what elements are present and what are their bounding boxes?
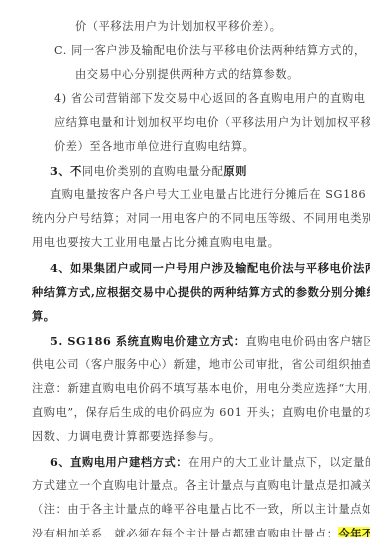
text-segment: 同电价类别的直购电量分配 bbox=[82, 165, 223, 178]
text-line: 因数、力调电费计算都要选择参与。 bbox=[32, 430, 221, 444]
text-line: 没有相加关系，就必须在每个主计量点都建直购电计量点；今年不再 bbox=[32, 527, 370, 537]
text-segment: 没有相加关系，就必须在每个主计量点都建直购电计量点； bbox=[32, 528, 338, 537]
text-segment: 注意：新建直购电电价码不填写基本电价，用电分类应选择“大用户 bbox=[32, 382, 370, 395]
text-line: 供电公司（客户服务中心）新建，地市公司审批，省公司组织抽查。 bbox=[32, 358, 370, 372]
text-segment: （注：由于各主计量点的峰平谷电量占比不一致，所以主计量点如果 bbox=[32, 503, 370, 516]
text-segment: 直购电”，保存后生成的电价码应为 601 开头；直购电价电量的功率 bbox=[32, 406, 370, 419]
section-heading-3: 3、不同电价类别的直购电量分配原则 bbox=[50, 164, 247, 179]
section-heading-4: 4、如果集团户或同一户号用户涉及输配电价法与平移电价法两 bbox=[50, 261, 370, 275]
text-line: 直购电量按客户各户号大工业电量占比进行分摊后在 SG186 系 bbox=[50, 188, 370, 202]
text-segment: 因数、力调电费计算都要选择参与。 bbox=[32, 430, 221, 443]
text-line: （注：由于各主计量点的峰平谷电量占比不一致，所以主计量点如果 bbox=[32, 503, 370, 517]
text-segment: 5. SG186 系统直购电价建立方式： bbox=[50, 334, 246, 348]
text-segment: 6、直购电用户建档方式： bbox=[50, 455, 188, 469]
text-segment: 供电公司（客户服务中心）新建，地市公司审批，省公司组织抽查。 bbox=[32, 358, 370, 371]
text-segment: 应结算电量和计划加权平均电价（平移法用户为计划加权平移 bbox=[54, 116, 370, 129]
text-line: C. 同一客户涉及输配电价法与平移电价法两种结算方式的， bbox=[54, 44, 366, 58]
section-heading-6: 6、直购电用户建档方式：在用户的大工业计量点下，以定量的 bbox=[50, 455, 370, 470]
text-segment: 4、如果集团户或同一户号用户涉及输配电价法与平移电价法两 bbox=[50, 261, 370, 275]
text-segment: 由交易中心分别提供两种方式的结算参数。 bbox=[75, 68, 299, 81]
text-segment: 原则 bbox=[223, 164, 247, 178]
text-line: 4) 省公司营销部下发交易中心返回的各直购电用户的直购电 bbox=[54, 92, 366, 106]
text-segment: 方式建立一个直购电计量点。各主计量点与直购电计量点是扣减关系。 bbox=[32, 479, 370, 492]
text-segment: 直购电电价码由客户辖区县 bbox=[246, 335, 370, 348]
text-segment: 直购电量按客户各户号大工业电量占比进行分摊后在 SG186 系 bbox=[50, 188, 370, 201]
text-line: 统内分户号结算；对同一用电客户的不同电压等级、不同用电类别的 bbox=[32, 212, 370, 226]
section-heading-5: 5. SG186 系统直购电价建立方式：直购电电价码由客户辖区县 bbox=[50, 334, 370, 349]
text-segment: 价差）至各地市单位进行直购电结算。 bbox=[54, 140, 254, 153]
text-segment: 用电也要按大工业用电量占比分摊直购电电量。 bbox=[32, 236, 280, 249]
text-segment: 4) 省公司营销部下发交易中心返回的各直购电用户的直购电 bbox=[54, 92, 366, 105]
text-line: 直购电”，保存后生成的电价码应为 601 开头；直购电价电量的功率 bbox=[32, 406, 370, 420]
text-line: 注意：新建直购电电价码不填写基本电价，用电分类应选择“大用户 bbox=[32, 382, 370, 396]
text-segment: 在用户的大工业计量点下，以定量的 bbox=[188, 456, 370, 469]
text-line: 应结算电量和计划加权平均电价（平移法用户为计划加权平移 bbox=[54, 116, 370, 130]
text-line: 价差）至各地市单位进行直购电结算。 bbox=[54, 140, 254, 154]
text-segment: 种结算方式,应根据交易中心提供的两种结算方式的参数分别分摊结 bbox=[32, 285, 370, 299]
text-line: 用电也要按大工业用电量占比分摊直购电电量。 bbox=[32, 236, 280, 250]
text-line: 由交易中心分别提供两种方式的结算参数。 bbox=[75, 68, 299, 82]
text-line: 方式建立一个直购电计量点。各主计量点与直购电计量点是扣减关系。 bbox=[32, 479, 370, 493]
text-line: 价（平移法用户为计划加权平移价差）。 bbox=[75, 20, 282, 34]
text-segment: 算。 bbox=[32, 309, 56, 323]
text-segment: C. 同一客户涉及输配电价法与平移电价法两种结算方式的， bbox=[54, 44, 366, 57]
document-page: 价（平移法用户为计划加权平移价差）。 C. 同一客户涉及输配电价法与平移电价法两… bbox=[0, 0, 370, 537]
highlighted-text: 今年不再 bbox=[338, 527, 370, 537]
text-line: 种结算方式,应根据交易中心提供的两种结算方式的参数分别分摊结 bbox=[32, 285, 370, 299]
text-segment: 3、不 bbox=[50, 164, 82, 178]
text-segment: 价（平移法用户为计划加权平移价差）。 bbox=[75, 20, 282, 33]
text-line: 算。 bbox=[32, 309, 56, 323]
text-segment: 统内分户号结算；对同一用电客户的不同电压等级、不同用电类别的 bbox=[32, 212, 370, 225]
